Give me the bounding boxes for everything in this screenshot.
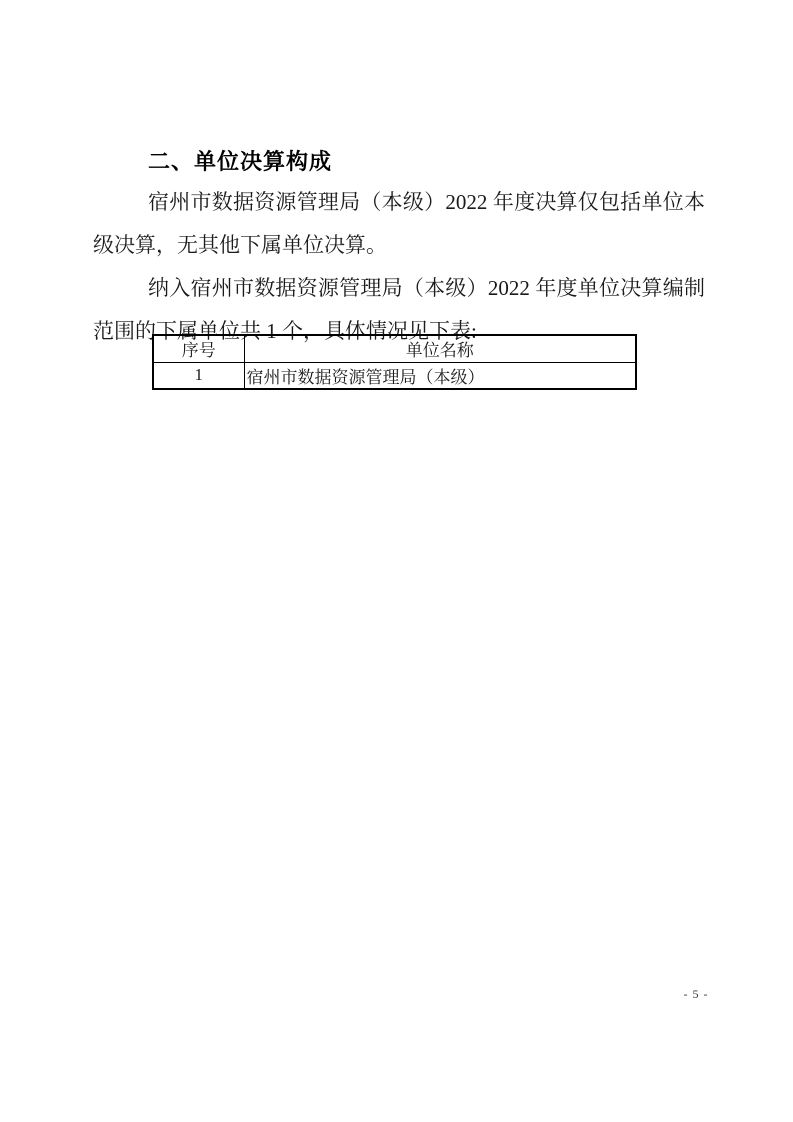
column-header-unit-name: 单位名称 bbox=[244, 335, 636, 362]
units-table: 序号 单位名称 1 宿州市数据资源管理局（本级） bbox=[152, 334, 637, 390]
cell-unit-name: 宿州市数据资源管理局（本级） bbox=[244, 362, 636, 389]
document-page: 二、单位决算构成 宿州市数据资源管理局（本级）2022 年度决算仅包括单位本级决… bbox=[0, 0, 793, 1122]
paragraph-decision-scope: 宿州市数据资源管理局（本级）2022 年度决算仅包括单位本级决算，无其他下属单位… bbox=[93, 181, 705, 267]
column-header-seq: 序号 bbox=[153, 335, 244, 362]
section-heading: 二、单位决算构成 bbox=[93, 149, 705, 175]
body-text: 宿州市数据资源管理局（本级）2022 年度决算仅包括单位本级决算，无其他下属单位… bbox=[93, 181, 705, 353]
table-row: 1 宿州市数据资源管理局（本级） bbox=[153, 362, 636, 389]
cell-seq: 1 bbox=[153, 362, 244, 389]
page-number: - 5 - bbox=[663, 987, 729, 1002]
table-header-row: 序号 单位名称 bbox=[153, 335, 636, 362]
